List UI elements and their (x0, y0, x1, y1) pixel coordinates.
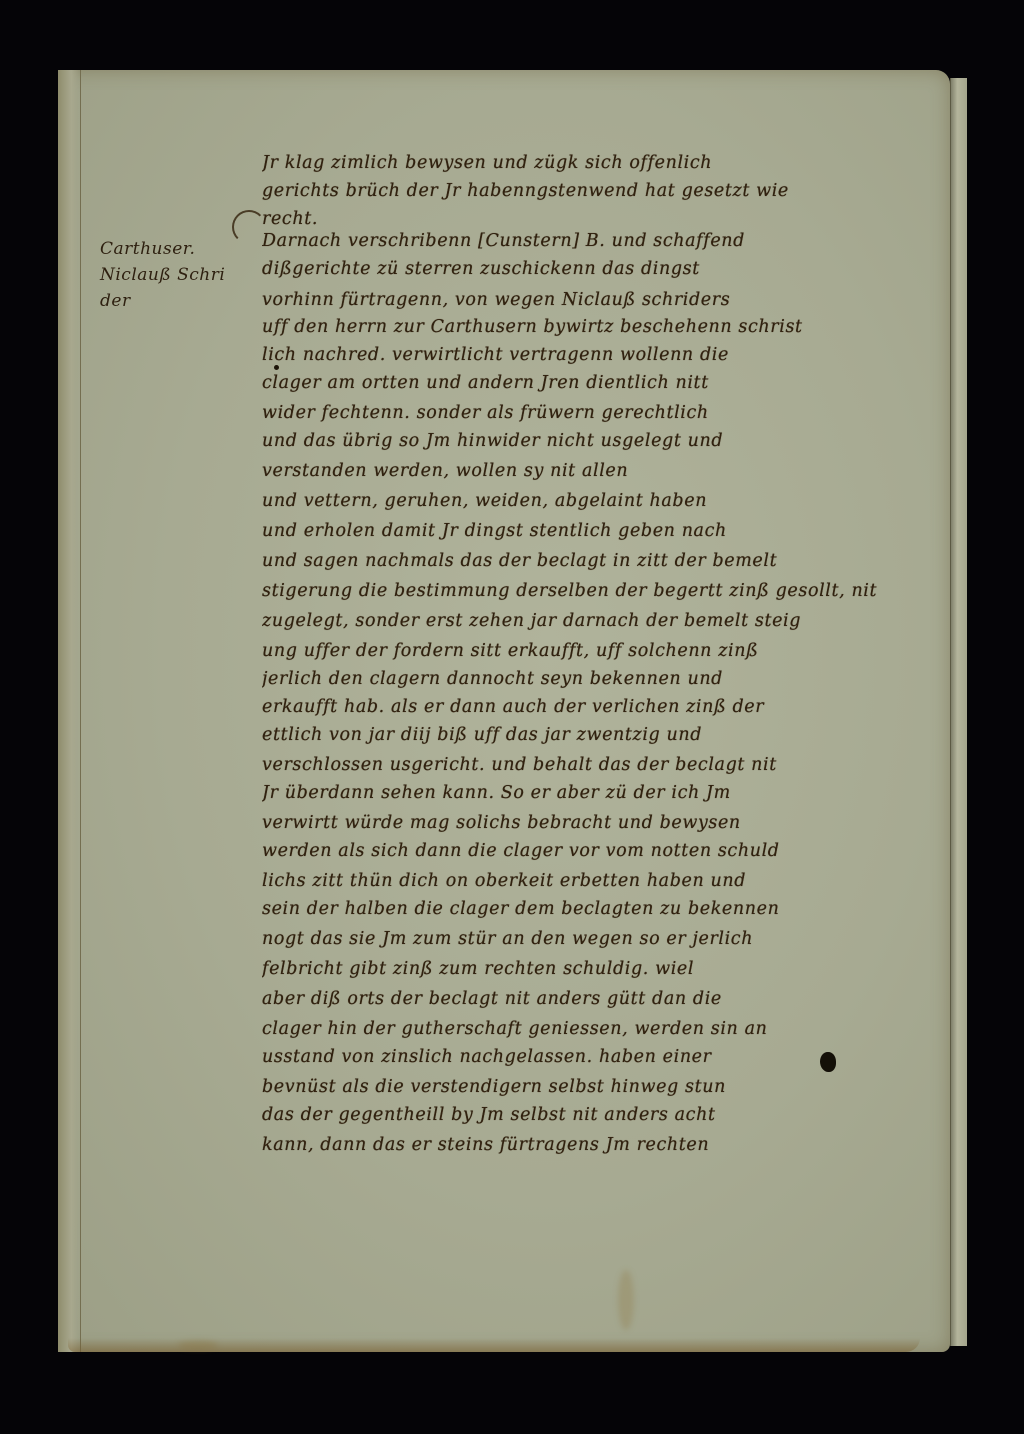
text-line: Jr klag zimlich bewysen und zügk sich of… (262, 148, 942, 178)
adjacent-page-edge (950, 78, 967, 1346)
margin-note-line: Niclauß Schri (100, 262, 270, 288)
text-line: werden als sich dann die clager vor vom … (262, 836, 942, 866)
text-line: jerlich den clagern dannocht seyn bekenn… (262, 664, 942, 694)
text-line: wider fechtenn. sonder als früwern gerec… (262, 398, 942, 428)
text-line: lichs zitt thün dich on oberkeit erbette… (262, 866, 942, 896)
text-line: dißgerichte zü sterren zuschickenn das d… (262, 254, 942, 284)
text-line: und das übrig so Jm hinwider nicht usgel… (262, 426, 942, 456)
text-line: Darnach verschribenn [Cunstern] B. und s… (262, 226, 942, 256)
text-line: das der gegentheill by Jm selbst nit and… (262, 1100, 942, 1130)
text-line: und sagen nachmals das der beclagt in zi… (262, 546, 942, 576)
paper-stain (178, 1340, 218, 1350)
margin-note: Carthuser. Niclauß Schri der (100, 236, 270, 314)
text-line: kann, dann das er steins fürtragens Jm r… (262, 1130, 942, 1160)
text-line: vorhinn fürtragenn, von wegen Niclauß sc… (262, 285, 942, 315)
text-line: Jr überdann sehen kann. So er aber zü de… (262, 778, 942, 808)
text-line: uff den herrn zur Carthusern bywirtz bes… (262, 312, 942, 342)
text-line: gerichts brüch der Jr habenngstenwend ha… (262, 176, 942, 206)
text-line: verwirtt würde mag solichs bebracht und … (262, 808, 942, 838)
paper-stain (618, 1270, 634, 1330)
text-line: clager am ortten und andern Jren dientli… (262, 368, 942, 398)
text-line: und erholen damit Jr dingst stentlich ge… (262, 516, 942, 546)
text-line: ettlich von jar diij biß uff das jar zwe… (262, 720, 942, 750)
text-line: erkaufft hab. als er dann auch der verli… (262, 692, 942, 722)
text-line: stigerung die bestimmung derselben der b… (262, 576, 942, 606)
text-line: zugelegt, sonder erst zehen jar darnach … (262, 606, 942, 636)
text-line: aber diß orts der beclagt nit anders güt… (262, 984, 942, 1014)
text-line: nogt das sie Jm zum stür an den wegen so… (262, 924, 942, 954)
text-line: usstand von zinslich nachgelassen. haben… (262, 1042, 942, 1072)
pen-flourish (232, 210, 266, 244)
text-line: lich nachred. verwirtlicht vertragenn wo… (262, 340, 942, 370)
text-line: ung uffer der fordern sitt erkaufft, uff… (262, 636, 942, 666)
text-line: felbricht gibt zinß zum rechten schuldig… (262, 954, 942, 984)
text-line: sein der halben die clager dem beclagten… (262, 894, 942, 924)
text-line: clager hin der gutherschaft geniessen, w… (262, 1014, 942, 1044)
text-line: bevnüst als die verstendigern selbst hin… (262, 1072, 942, 1102)
text-line: verschlossen usgericht. und behalt das d… (262, 750, 942, 780)
text-line: und vettern, geruhen, weiden, abgelaint … (262, 486, 942, 516)
margin-note-line: der (100, 288, 270, 314)
text-line: verstanden werden, wollen sy nit allen (262, 456, 942, 486)
